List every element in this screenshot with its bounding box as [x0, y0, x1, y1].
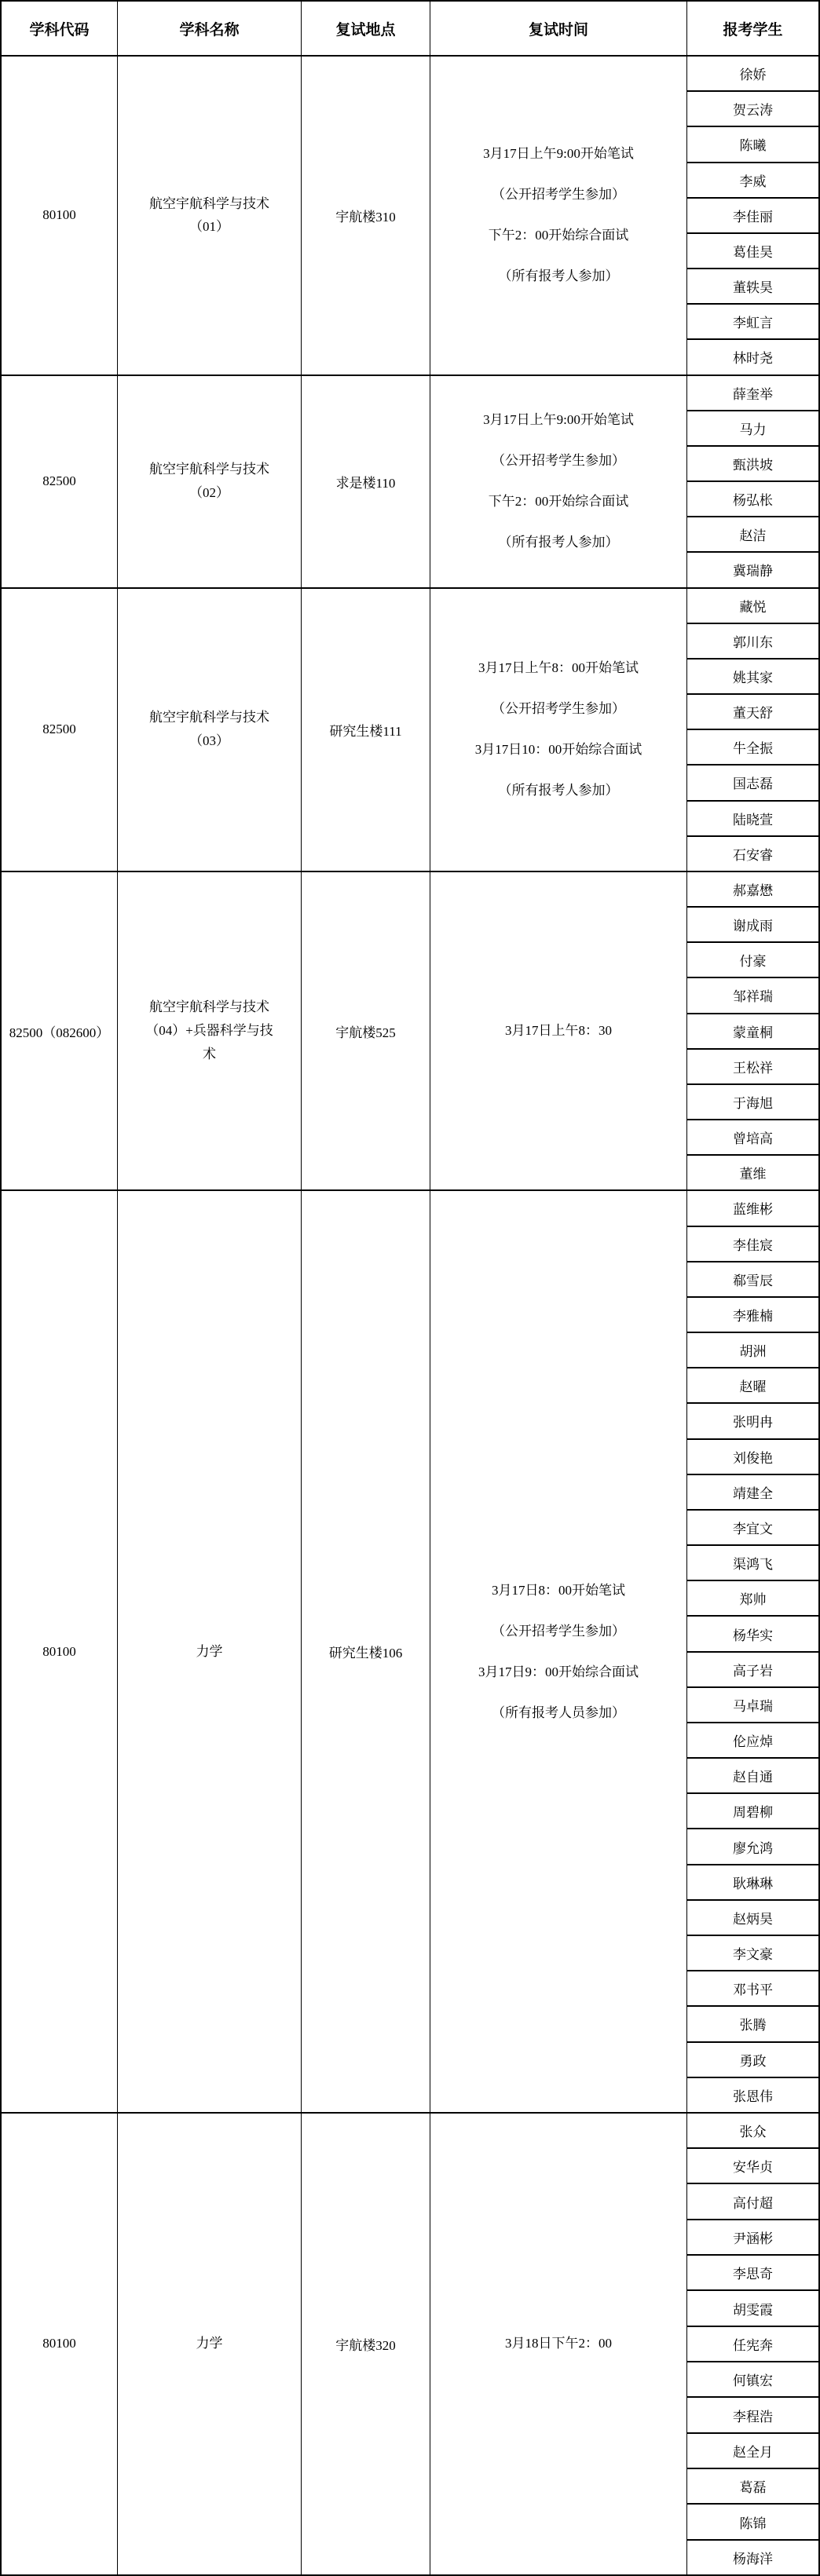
exam-time-line: （所有报考人参加） — [499, 256, 619, 297]
student-name-cell: 伦应焯 — [687, 1723, 818, 1759]
student-name-cell: 贺云涛 — [687, 92, 818, 127]
exam-time-line: 3月17日8：00开始笔试 — [492, 1570, 625, 1611]
header-exam-time: 复试时间 — [430, 2, 687, 55]
student-name-cell: 郝嘉懋 — [687, 872, 818, 908]
student-name-cell: 廖允鸿 — [687, 1829, 818, 1865]
student-name-cell: 杨弘枨 — [687, 482, 818, 517]
student-name-cell: 张腾 — [687, 2007, 818, 2042]
student-name-cell: 张恩伟 — [687, 2078, 818, 2112]
header-students: 报考学生 — [687, 2, 818, 55]
student-name-cell: 胡雯霞 — [687, 2291, 818, 2326]
student-name-cell: 高付超 — [687, 2184, 818, 2220]
exam-time-line: （所有报考人参加） — [499, 522, 619, 563]
exam-time-line: 3月17日上午9:00开始笔试 — [483, 133, 634, 174]
student-name-cell: 葛佳昊 — [687, 234, 818, 269]
subject-code-cell: 82500 — [2, 589, 118, 871]
exam-time-line: 下午2：00开始综合面试 — [489, 215, 629, 256]
exam-time-line: 3月17日上午9:00开始笔试 — [483, 400, 634, 440]
student-name-cell: 姚其家 — [687, 660, 818, 695]
exam-time-line: （公开招考学生参加） — [492, 689, 625, 729]
student-name-cell: 尹涵彬 — [687, 2220, 818, 2256]
exam-time-line: （所有报考人参加） — [499, 770, 619, 811]
exam-time-line: 3月17日上午8：30 — [505, 1010, 612, 1051]
students-column: 郝嘉懋谢成雨付豪邹祥瑞蒙童桐王松祥于海旭曾培高董维 — [687, 872, 818, 1190]
subject-group-row: 82500（082600）航空宇航科学与技术 （04）+兵器科学与技 术宇航楼5… — [2, 872, 818, 1192]
student-name-cell: 蓝维彬 — [687, 1191, 818, 1226]
student-name-cell: 曾培高 — [687, 1120, 818, 1156]
subject-code-cell: 82500 — [2, 376, 118, 587]
student-name-cell: 陈曦 — [687, 127, 818, 163]
student-name-cell: 张众 — [687, 2114, 818, 2149]
student-name-cell: 郑帅 — [687, 1581, 818, 1617]
student-name-cell: 张明冉 — [687, 1404, 818, 1439]
student-name-cell: 耿琳琳 — [687, 1865, 818, 1901]
student-name-cell: 赵洁 — [687, 517, 818, 553]
header-subject-name: 学科名称 — [118, 2, 302, 55]
subject-name-cell: 航空宇航科学与技术 （01） — [118, 57, 302, 375]
exam-time-line: （公开招考学生参加） — [492, 1611, 625, 1652]
student-name-cell: 李佳丽 — [687, 199, 818, 234]
subject-group-row: 80100力学宇航楼3203月18日下午2：00张众安华贞高付超尹涵彬李思奇胡雯… — [2, 2114, 818, 2574]
student-name-cell: 陆晓萱 — [687, 802, 818, 837]
student-name-cell: 牛全振 — [687, 730, 818, 765]
exam-time-cell: 3月18日下午2：00 — [430, 2114, 687, 2574]
exam-time-line: 3月17日上午8：00开始笔试 — [478, 648, 639, 689]
student-name-cell: 李思奇 — [687, 2256, 818, 2291]
student-name-cell: 赵自通 — [687, 1759, 818, 1794]
student-name-cell: 高子岩 — [687, 1653, 818, 1688]
student-name-cell: 任宪奔 — [687, 2327, 818, 2362]
student-name-cell: 郗雪辰 — [687, 1262, 818, 1298]
exam-schedule-table: 学科代码 学科名称 复试地点 复试时间 报考学生 80100航空宇航科学与技术 … — [0, 0, 820, 2576]
exam-time-line: 3月17日9：00开始综合面试 — [478, 1652, 639, 1693]
subject-code-cell: 80100 — [2, 2114, 118, 2574]
exam-time-cell: 3月17日上午8：00开始笔试（公开招考学生参加）3月17日10：00开始综合面… — [430, 589, 687, 871]
student-name-cell: 付豪 — [687, 943, 818, 978]
student-name-cell: 谢成雨 — [687, 908, 818, 943]
exam-time-line: （公开招考学生参加） — [492, 440, 625, 481]
students-column: 薛奎举马力甄洪坡杨弘枨赵洁冀瑞静 — [687, 376, 818, 587]
subject-code-cell: 80100 — [2, 1191, 118, 2111]
subject-name-cell: 航空宇航科学与技术 （03） — [118, 589, 302, 871]
student-name-cell: 李雅楠 — [687, 1298, 818, 1333]
student-name-cell: 杨华实 — [687, 1617, 818, 1652]
student-name-cell: 李宜文 — [687, 1511, 818, 1546]
subject-group-row: 82500航空宇航科学与技术 （02）求是楼1103月17日上午9:00开始笔试… — [2, 376, 818, 589]
student-name-cell: 邓书平 — [687, 1971, 818, 2007]
student-name-cell: 赵全月 — [687, 2434, 818, 2469]
student-name-cell: 国志磊 — [687, 765, 818, 801]
exam-time-cell: 3月17日上午8：30 — [430, 872, 687, 1190]
exam-location-cell: 宇航楼320 — [302, 2114, 430, 2574]
student-name-cell: 藏悦 — [687, 589, 818, 624]
header-subject-code: 学科代码 — [2, 2, 118, 55]
students-column: 蓝维彬李佳宸郗雪辰李雅楠胡洲赵曜张明冉刘俊艳靖建全李宜文渠鸿飞郑帅杨华实高子岩马… — [687, 1191, 818, 2111]
students-column: 张众安华贞高付超尹涵彬李思奇胡雯霞任宪奔何镇宏李程浩赵全月葛磊陈锦杨海洋 — [687, 2114, 818, 2574]
student-name-cell: 赵炳昊 — [687, 1901, 818, 1936]
student-name-cell: 冀瑞静 — [687, 553, 818, 586]
exam-location-cell: 宇航楼525 — [302, 872, 430, 1190]
student-name-cell: 陈锦 — [687, 2505, 818, 2540]
exam-time-cell: 3月17日上午9:00开始笔试（公开招考学生参加）下午2：00开始综合面试（所有… — [430, 376, 687, 587]
exam-time-line: （所有报考人员参加） — [492, 1693, 625, 1734]
student-name-cell: 渠鸿飞 — [687, 1546, 818, 1581]
student-name-cell: 勇政 — [687, 2043, 818, 2078]
exam-location-cell: 研究生楼111 — [302, 589, 430, 871]
student-name-cell: 安华贞 — [687, 2149, 818, 2184]
student-name-cell: 马力 — [687, 411, 818, 447]
subject-name-cell: 力学 — [118, 2114, 302, 2574]
exam-time-line: 3月17日10：00开始综合面试 — [475, 729, 642, 770]
exam-location-cell: 宇航楼310 — [302, 57, 430, 375]
student-name-cell: 蒙童桐 — [687, 1014, 818, 1050]
student-name-cell: 王松祥 — [687, 1050, 818, 1085]
exam-time-line: （公开招考学生参加） — [492, 174, 625, 215]
student-name-cell: 董维 — [687, 1156, 818, 1189]
students-column: 藏悦郭川东姚其家董天舒牛全振国志磊陆晓萱石安睿 — [687, 589, 818, 871]
subject-code-cell: 80100 — [2, 57, 118, 375]
student-name-cell: 周碧柳 — [687, 1794, 818, 1829]
student-name-cell: 葛磊 — [687, 2469, 818, 2505]
header-exam-location: 复试地点 — [302, 2, 430, 55]
student-name-cell: 徐娇 — [687, 57, 818, 92]
table-body: 80100航空宇航科学与技术 （01）宇航楼3103月17日上午9:00开始笔试… — [2, 57, 818, 2574]
student-name-cell: 何镇宏 — [687, 2362, 818, 2398]
student-name-cell: 李文豪 — [687, 1936, 818, 1971]
student-name-cell: 马卓瑞 — [687, 1688, 818, 1723]
student-name-cell: 李程浩 — [687, 2398, 818, 2433]
student-name-cell: 李虹言 — [687, 305, 818, 340]
student-name-cell: 薛奎举 — [687, 376, 818, 411]
exam-location-cell: 研究生楼106 — [302, 1191, 430, 2111]
student-name-cell: 李佳宸 — [687, 1227, 818, 1262]
subject-group-row: 82500航空宇航科学与技术 （03）研究生楼1113月17日上午8：00开始笔… — [2, 589, 818, 872]
student-name-cell: 董轶昊 — [687, 269, 818, 305]
subject-code-cell: 82500（082600） — [2, 872, 118, 1190]
student-name-cell: 甄洪坡 — [687, 447, 818, 482]
subject-name-cell: 航空宇航科学与技术 （02） — [118, 376, 302, 587]
exam-time-cell: 3月17日8：00开始笔试（公开招考学生参加）3月17日9：00开始综合面试（所… — [430, 1191, 687, 2111]
exam-time-line: 3月18日下午2：00 — [505, 2323, 612, 2364]
students-column: 徐娇贺云涛陈曦李威李佳丽葛佳昊董轶昊李虹言林时尧 — [687, 57, 818, 375]
subject-group-row: 80100航空宇航科学与技术 （01）宇航楼3103月17日上午9:00开始笔试… — [2, 57, 818, 376]
exam-location-cell: 求是楼110 — [302, 376, 430, 587]
student-name-cell: 石安睿 — [687, 837, 818, 871]
student-name-cell: 邹祥瑞 — [687, 978, 818, 1014]
student-name-cell: 靖建全 — [687, 1475, 818, 1511]
student-name-cell: 于海旭 — [687, 1085, 818, 1120]
subject-name-cell: 航空宇航科学与技术 （04）+兵器科学与技 术 — [118, 872, 302, 1190]
exam-time-line: 下午2：00开始综合面试 — [489, 481, 629, 522]
student-name-cell: 郭川东 — [687, 624, 818, 660]
student-name-cell: 杨海洋 — [687, 2541, 818, 2574]
exam-time-cell: 3月17日上午9:00开始笔试（公开招考学生参加）下午2：00开始综合面试（所有… — [430, 57, 687, 375]
student-name-cell: 林时尧 — [687, 340, 818, 374]
student-name-cell: 董天舒 — [687, 695, 818, 730]
student-name-cell: 胡洲 — [687, 1333, 818, 1368]
student-name-cell: 赵曜 — [687, 1368, 818, 1404]
subject-group-row: 80100力学研究生楼1063月17日8：00开始笔试（公开招考学生参加）3月1… — [2, 1191, 818, 2113]
table-header-row: 学科代码 学科名称 复试地点 复试时间 报考学生 — [2, 2, 818, 57]
student-name-cell: 刘俊艳 — [687, 1440, 818, 1475]
subject-name-cell: 力学 — [118, 1191, 302, 2111]
student-name-cell: 李威 — [687, 163, 818, 199]
